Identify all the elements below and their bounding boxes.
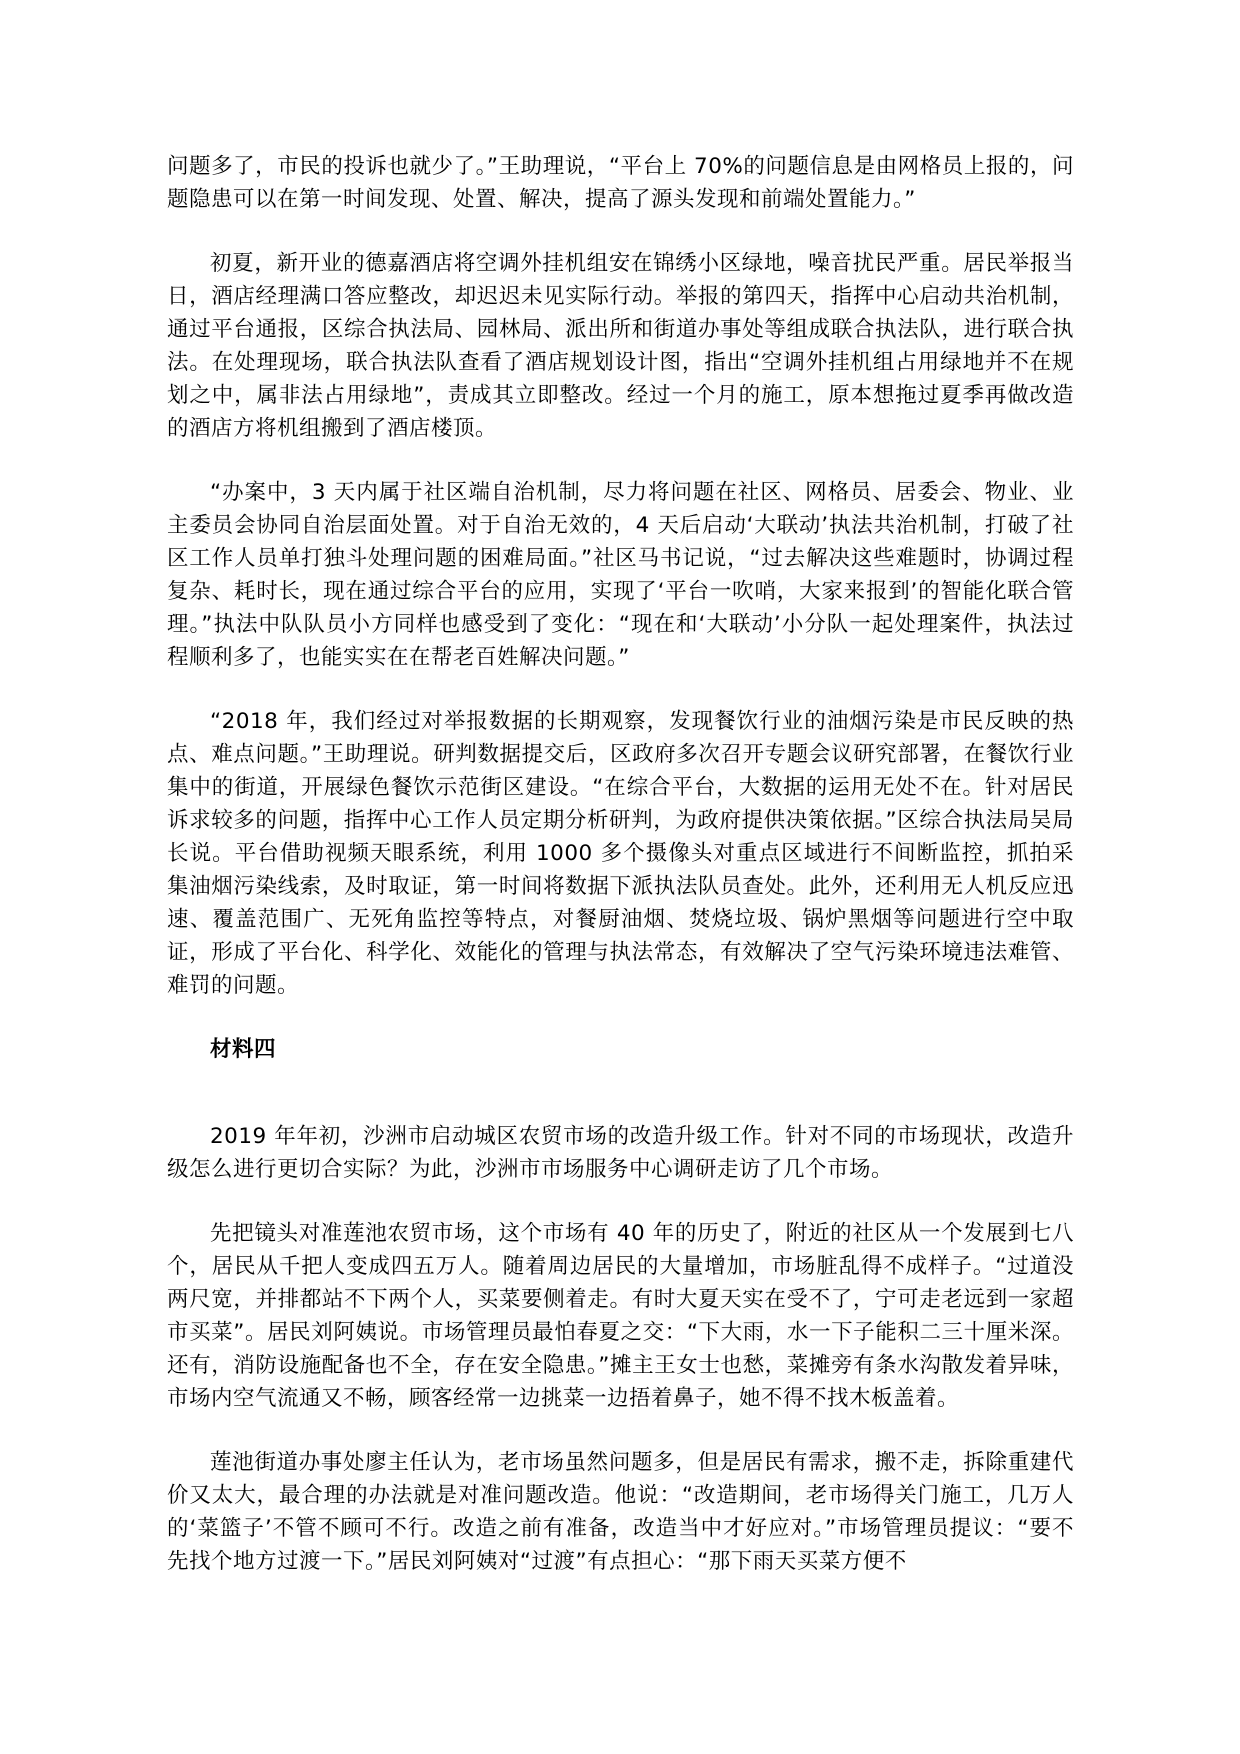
section-heading-material-4: 材料四	[167, 1033, 1074, 1066]
paragraph-material3-big-data: “2018 年，我们经过对举报数据的长期观察，发现餐饮行业的油烟污染是市民反映的…	[167, 705, 1074, 1002]
paragraph-material4-intro: 2019 年年初，沙洲市启动城区农贸市场的改造升级工作。针对不同的市场现状，改造…	[167, 1120, 1074, 1186]
document-page: 问题多了，市民的投诉也就少了。”王助理说，“平台上 70%的问题信息是由网格员上…	[0, 0, 1240, 1754]
paragraph-material3-continuation: 问题多了，市民的投诉也就少了。”王助理说，“平台上 70%的问题信息是由网格员上…	[167, 150, 1074, 216]
paragraph-material4-renovation-plan: 莲池街道办事处廖主任认为，老市场虽然问题多，但是居民有需求，搬不走，拆除重建代价…	[167, 1446, 1074, 1578]
paragraph-material3-hotel-case: 初夏，新开业的德嘉酒店将空调外挂机组安在锦绣小区绿地，噪音扰民严重。居民举报当日…	[167, 247, 1074, 445]
paragraph-material3-co-governance: “办案中，3 天内属于社区端自治机制，尽力将问题在社区、网格员、居委会、物业、业…	[167, 476, 1074, 674]
paragraph-material4-lianchi-market: 先把镜头对准莲池农贸市场，这个市场有 40 年的历史了，附近的社区从一个发展到七…	[167, 1217, 1074, 1415]
